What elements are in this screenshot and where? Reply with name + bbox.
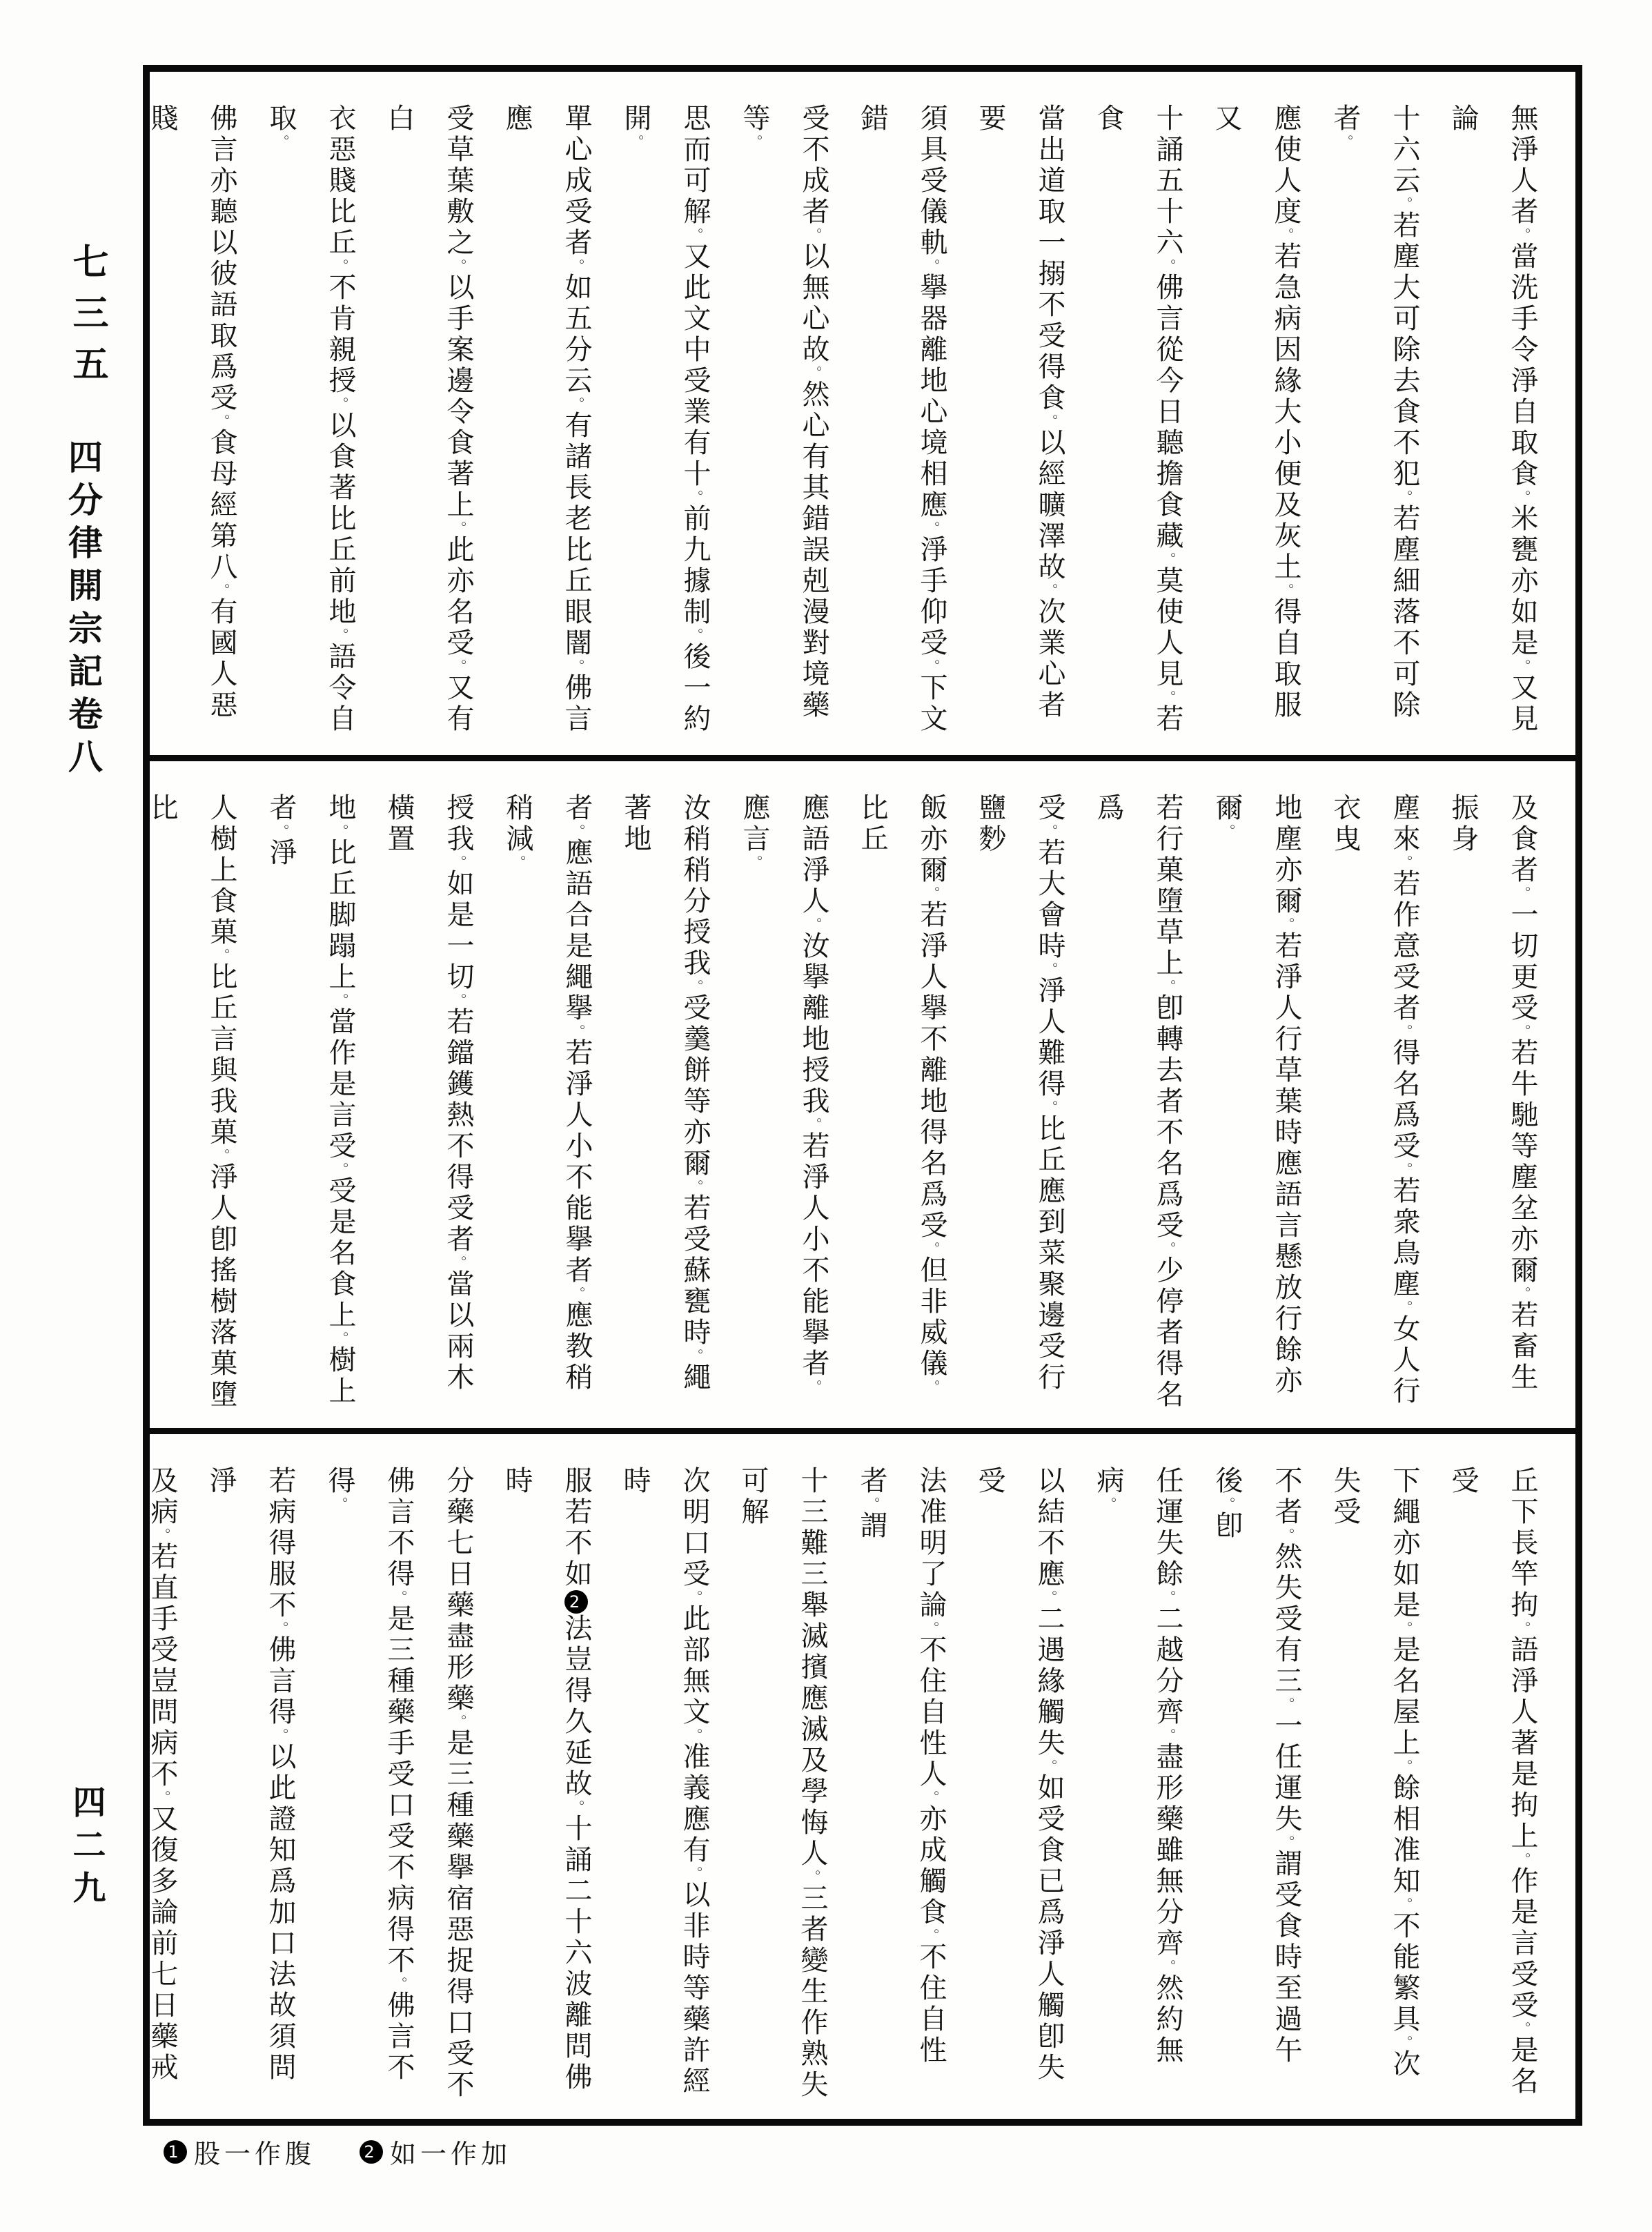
folio-label: 七三五	[61, 243, 112, 396]
text-column: 受草葉敷之。以手案邊令食著上。此亦名受。又有白	[370, 104, 488, 741]
text-column: 塵來。若作意受者。得名爲受。若衆鳥塵。女人行衣曳	[1316, 793, 1434, 1414]
period-mark: 。	[1397, 490, 1412, 504]
text-column: 思而可解。又此文中受業有十。前九據制。後一約開。	[606, 104, 725, 741]
period-mark: 。	[214, 583, 229, 597]
period-mark: 。	[1278, 583, 1293, 597]
period-mark: 。	[1042, 414, 1057, 428]
text-column: 者。應語合是繩擧。若淨人小不能擧者。應教稍稍減。	[488, 793, 607, 1414]
period-mark: 。	[924, 1242, 939, 1255]
register-1: 無淨人者。當洗手令淨自取食。米甕亦如是。又見論十六云。若塵大可除去食不犯。若塵細…	[150, 72, 1575, 755]
period-mark: 。	[451, 659, 466, 673]
text-column: 服若不如2法豈得久延故。十誦二十六波離問佛時	[488, 1466, 606, 2105]
period-mark: 。	[806, 228, 821, 242]
period-mark: 。	[1160, 552, 1175, 566]
period-mark: 。	[1279, 1528, 1294, 1542]
period-mark: 。	[1397, 1024, 1412, 1038]
period-mark: 。	[687, 979, 702, 993]
period-mark: 。	[1397, 2035, 1412, 2049]
text-column: 受不成者。以無心故。然心有其錯誤剋漫對境藥等。	[725, 104, 843, 741]
period-mark: 。	[923, 1790, 938, 1804]
book-title: 四分律開宗記卷八	[58, 439, 108, 781]
text-column: 無淨人者。當洗手令淨自取食。米甕亦如是。又見論	[1434, 104, 1552, 741]
register-2: 及食者。一切更受。若牛馳等塵坌亦爾。若畜生振身塵來。若作意受者。得名爲受。若衆鳥…	[150, 755, 1575, 1428]
period-mark: 。	[569, 824, 584, 838]
text-frame: 無淨人者。當洗手令淨自取食。米甕亦如是。又見論十六云。若塵大可除去食不犯。若塵細…	[143, 65, 1582, 2126]
footnote-text: 股一作腹	[194, 2133, 315, 2171]
text-column: 應語淨人。汝擧離地授我。若淨人小不能擧者。應言。	[725, 793, 843, 1414]
period-mark: 。	[1515, 1286, 1530, 1300]
text-column: 若病得服不。佛言得。以此證知爲加口法故須問淨	[192, 1466, 310, 2105]
register-3: 丘下長竿拘。語淨人著是拘上。作是言受受。是名受下繩亦如是。是名屋上。餘相准知。不…	[150, 1428, 1575, 2119]
period-mark: 。	[806, 917, 821, 931]
footnote-text: 如一作加	[390, 2133, 511, 2171]
text-column: 十誦五十六。佛言從今日聽擔食藏。莫使人見。若食	[1079, 104, 1197, 741]
period-mark: 。	[1160, 259, 1175, 273]
text-column: 衣惡賤比丘。不肯親授。以食著比丘前地。語令自取。	[251, 104, 370, 741]
period-mark: 。	[391, 1977, 406, 1990]
period-mark: 。	[332, 1497, 347, 1511]
period-mark: 。	[333, 993, 348, 1007]
period-mark: 。	[155, 1790, 170, 1804]
period-mark: 。	[273, 135, 288, 148]
text-column: 丘下長竿拘。語淨人著是拘上。作是言受受。是名受	[1434, 1466, 1552, 2105]
period-mark: 。	[1041, 1590, 1056, 1604]
period-mark: 。	[155, 1528, 170, 1542]
text-column: 及病。若直手受豈問病不。又復多論前七日藥戒亦	[150, 1466, 192, 2105]
period-mark: 。	[273, 824, 288, 838]
period-mark: 。	[1337, 135, 1353, 148]
text-column: 法准明了論。不住自性人。亦成觸食。不住自性者。謂	[842, 1466, 961, 2105]
period-mark: 。	[1515, 659, 1530, 673]
period-mark: 。	[1041, 1759, 1056, 1773]
period-mark: 。	[806, 1117, 821, 1131]
period-mark: 。	[273, 1621, 288, 1635]
period-mark: 。	[1219, 1497, 1235, 1511]
footnote-2: 2如一作加	[360, 2133, 511, 2171]
text-column: 及食者。一切更受。若牛馳等塵坌亦爾。若畜生振身	[1434, 793, 1552, 1414]
period-mark: 。	[1515, 1024, 1530, 1038]
period-mark: 。	[1515, 1852, 1530, 1866]
period-mark: 。	[1042, 824, 1057, 838]
period-mark: 。	[1042, 583, 1057, 597]
text-column: 下繩亦如是。是名屋上。餘相准知。不能繁具。次失受	[1316, 1466, 1434, 2105]
period-mark: 。	[391, 1590, 406, 1604]
period-mark: 。	[333, 824, 348, 838]
text-column: 人樹上食菓。比丘言與我菓。淨人卽搖樹落菓墮比	[150, 793, 251, 1414]
period-mark: 。	[806, 1380, 821, 1393]
period-mark: 。	[214, 414, 229, 428]
page-number: 四二九	[62, 1785, 110, 1913]
period-mark: 。	[687, 228, 702, 242]
text-column: 單心成受者。如五分云。有諸長老比丘眼闇。佛言應	[488, 104, 606, 741]
period-mark: 。	[864, 1497, 879, 1511]
period-mark: 。	[214, 948, 229, 962]
footnote-row: 1股一作腹2如一作加	[164, 2133, 511, 2171]
period-mark: 。	[1219, 824, 1235, 838]
period-mark: 。	[451, 993, 466, 1007]
period-mark: 。	[1042, 1100, 1057, 1114]
text-column: 地。比丘脚蹋上。當作是言受。受是名食上。樹上者。淨	[251, 793, 370, 1414]
period-mark: 。	[1397, 1897, 1412, 1911]
period-mark: 。	[1042, 962, 1057, 976]
period-mark: 。	[569, 1800, 584, 1814]
period-mark: 。	[924, 259, 939, 273]
footnote-marker-1: 1	[164, 2140, 187, 2164]
period-mark: 。	[333, 259, 348, 273]
text-column: 十三難三舉滅擯應滅及學悔人。三者變生作熟失	[783, 1466, 842, 2105]
text-column: 不者。然失受有三。一任運失。謂受食時至過午後。卽	[1197, 1466, 1316, 2105]
period-mark: 。	[924, 886, 939, 900]
text-column: 十六云。若塵大可除去食不犯。若塵細落不可除者。	[1315, 104, 1434, 741]
period-mark: 。	[1397, 1621, 1412, 1635]
text-column: 當出道取一搦不受得食。以經曠澤故。次業心者要	[961, 104, 1079, 741]
period-mark: 。	[687, 1728, 702, 1742]
footnote-marker-2: 2	[360, 2140, 383, 2164]
period-mark: 。	[687, 490, 702, 504]
period-mark: 。	[747, 855, 762, 869]
text-column: 佛言亦聽以彼語取爲受。食母經第八。有國人惡賤	[150, 104, 251, 741]
period-mark: 。	[214, 1148, 229, 1162]
period-mark: 。	[333, 628, 348, 642]
period-mark: 。	[687, 1179, 702, 1193]
period-mark: 。	[1160, 979, 1175, 993]
period-mark: 。	[1160, 1728, 1175, 1742]
period-mark: 。	[333, 1162, 348, 1176]
period-mark: 。	[1397, 197, 1412, 211]
period-mark: 。	[1515, 490, 1530, 504]
period-mark: 。	[1160, 1242, 1175, 1255]
period-mark: 。	[1397, 1759, 1412, 1773]
period-mark: 。	[924, 521, 939, 535]
period-mark: 。	[687, 1590, 702, 1604]
period-mark: 。	[687, 628, 702, 642]
footnote-1: 1股一作腹	[164, 2133, 315, 2171]
period-mark: 。	[687, 1349, 702, 1362]
text-column: 以結不應。二遇緣觸失。如受食已爲淨人觸卽失受	[961, 1466, 1079, 2105]
text-column: 地塵亦爾。若淨人行草葉時應語言懸放行餘亦爾。	[1197, 793, 1316, 1414]
text-column: 汝稍稍分授我。受羹餅等亦爾。若受蘇甕時。繩著地	[607, 793, 725, 1414]
period-mark: 。	[1279, 917, 1294, 931]
period-mark: 。	[1515, 1621, 1530, 1635]
period-mark: 。	[1397, 1162, 1412, 1176]
period-mark: 。	[1397, 1300, 1412, 1314]
period-mark: 。	[1515, 2021, 1530, 2035]
period-mark: 。	[569, 259, 584, 273]
period-mark: 。	[569, 1286, 584, 1300]
period-mark: 。	[1101, 1497, 1116, 1511]
period-mark: 。	[273, 1728, 288, 1742]
text-column: 佛言不得。是三種藥手受口受不病得不。佛言不得。	[310, 1466, 429, 2105]
text-column: 受。若大會時。淨人難得。比丘應到菜聚邊受行鹽麨	[961, 793, 1079, 1414]
period-mark: 。	[1160, 1959, 1175, 1973]
period-mark: 。	[451, 855, 466, 869]
text-column: 若行菓墮草上。卽轉去者不名爲受。少停者得名爲	[1079, 793, 1197, 1414]
period-mark: 。	[1397, 855, 1412, 869]
period-mark: 。	[333, 1331, 348, 1345]
period-mark: 。	[333, 397, 348, 411]
period-mark: 。	[806, 366, 821, 380]
period-mark: 。	[569, 659, 584, 673]
period-mark: 。	[747, 135, 762, 148]
text-column: 須具受儀軌。擧器離地心境相應。淨手仰受。下文錯	[843, 104, 961, 741]
period-mark: 。	[1279, 1835, 1294, 1849]
text-column: 應使人度。若急病因緣大小便及灰土。得自取服又	[1197, 104, 1315, 741]
period-mark: 。	[569, 397, 584, 411]
period-mark: 。	[924, 659, 939, 673]
period-mark: 。	[451, 259, 466, 273]
text-column: 任運失餘。二越分齊。盡形藥雖無分齊。然約無病。	[1079, 1466, 1197, 2105]
period-mark: 。	[1278, 228, 1293, 242]
period-mark: 。	[451, 1255, 466, 1269]
period-mark: 。	[1160, 690, 1175, 704]
period-mark: 。	[1279, 1697, 1294, 1711]
period-mark: 。	[569, 1024, 584, 1038]
period-mark: 。	[805, 1870, 820, 1883]
period-mark: 。	[924, 1380, 939, 1393]
text-column: 可解	[724, 1466, 783, 2105]
text-column: 飯亦爾。若淨人擧不離地得名爲受。但非威儀。比丘	[843, 793, 961, 1414]
footnote-marker-2: 2	[564, 1590, 588, 1614]
period-mark: 。	[1160, 1590, 1175, 1604]
text-column: 分藥七日藥盡形藥。是三種藥擧宿惡捉得口受不	[429, 1466, 488, 2105]
text-column: 授我。如是一切。若鐺鑊熱不得受者。當以兩木橫置	[370, 793, 488, 1414]
period-mark: 。	[451, 521, 466, 535]
period-mark: 。	[1515, 886, 1530, 900]
period-mark: 。	[923, 1621, 938, 1635]
period-mark: 。	[451, 1714, 466, 1728]
text-column: 次明口受。此部無文。准義應有。以非時等藥許經時	[606, 1466, 724, 2105]
period-mark: 。	[1515, 228, 1530, 242]
period-mark: 。	[687, 1866, 702, 1880]
scanned-page: 七三五 四分律開宗記卷八 四二九 無淨人者。當洗手令淨自取食。米甕亦如是。又見論…	[0, 0, 1652, 2232]
period-mark: 。	[628, 135, 643, 148]
period-mark: 。	[510, 855, 525, 869]
period-mark: 。	[923, 1928, 938, 1942]
